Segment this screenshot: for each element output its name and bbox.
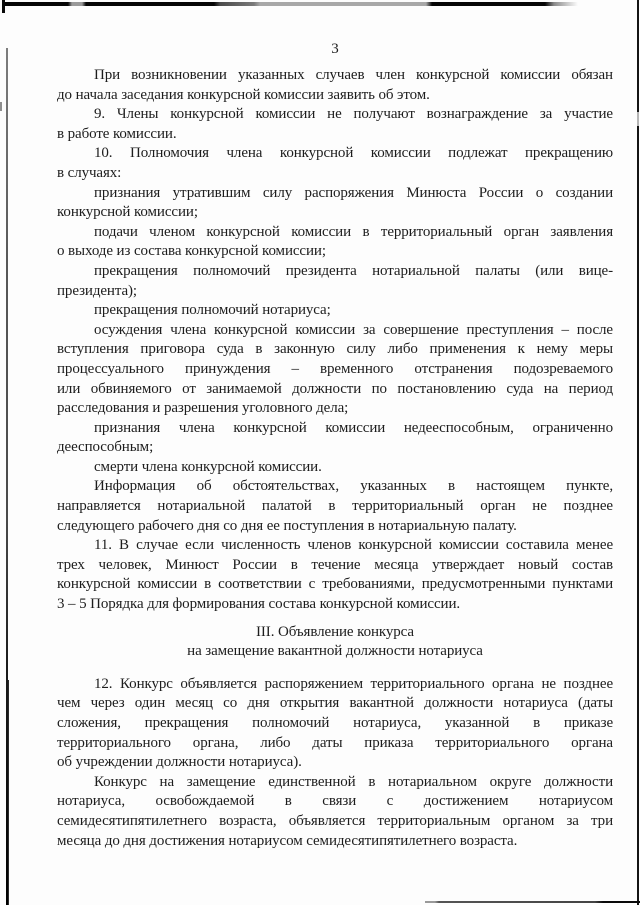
text-line: расследования и разрешения уголовного де… <box>57 399 613 419</box>
text-line: семидесятипятилетнего возраста, объявляе… <box>57 812 613 832</box>
text-line: месяца до дня достижения нотариусом семи… <box>57 832 613 852</box>
document-page: 3 При возникновении указанных случаев чл… <box>0 0 640 905</box>
text-line: Информация об обстоятельствах, указанных… <box>57 477 613 497</box>
text-line: чем через один месяц со дня открытия вак… <box>57 694 613 714</box>
text-line: признания утратившим силу распоряжения М… <box>57 184 613 204</box>
scan-border-top <box>2 2 578 6</box>
text-line: 10. Полномочия члена конкурсной комиссии… <box>57 144 613 164</box>
text-line: вступления приговора суда в законную сил… <box>57 340 613 360</box>
paragraph: При возникновении указанных случаев член… <box>57 66 613 105</box>
paragraph: 12. Конкурс объявляется распоряжением те… <box>57 675 613 773</box>
text-line: направляется нотариальной палатой в терр… <box>57 497 613 517</box>
text-line: конкурсной комиссии; <box>57 203 613 223</box>
text-line: При возникновении указанных случаев член… <box>57 66 613 86</box>
scan-border-left-dash <box>0 102 2 111</box>
text-line: президента); <box>57 282 613 302</box>
text-line: дееспособным; <box>57 438 613 458</box>
text-line: осуждения члена конкурсной комиссии за с… <box>57 321 613 341</box>
text-line: или обвиняемого от занимаемой должности … <box>57 380 613 400</box>
text-line: 3 – 5 Порядка для формирования состава к… <box>57 595 613 615</box>
text-line: о выходе из состава конкурсной комиссии; <box>57 242 613 262</box>
text-line: подачи членом конкурсной комиссии в терр… <box>57 223 613 243</box>
text-line: нотариуса, освобождаемой в связи с дости… <box>57 792 613 812</box>
paragraph: признания утратившим силу распоряжения М… <box>57 184 613 223</box>
text-line: прекращения полномочий президента нотари… <box>57 262 613 282</box>
text-line: в случаях: <box>57 164 613 184</box>
paragraph: смерти члена конкурсной комиссии. <box>57 458 613 478</box>
paragraph: Информация об обстоятельствах, указанных… <box>57 477 613 536</box>
text-line: сложения, прекращения полномочий нотариу… <box>57 714 613 734</box>
text-line: трех человек, Минюст России в течение ме… <box>57 556 613 576</box>
text-line: III. Объявление конкурса <box>57 623 613 643</box>
scan-border-right-gap <box>637 112 639 126</box>
paragraph: Конкурс на замещение единственной в нота… <box>57 773 613 851</box>
text-line: территориального органа, либо даты прика… <box>57 734 613 754</box>
document-body: При возникновении указанных случаев член… <box>57 66 613 851</box>
text-line: смерти члена конкурсной комиссии. <box>57 458 613 478</box>
text-line: в работе комиссии. <box>57 125 613 145</box>
paragraph: прекращения полномочий президента нотари… <box>57 262 613 301</box>
text-line: 12. Конкурс объявляется распоряжением те… <box>57 675 613 695</box>
text-line: до начала заседания конкурсной комиссии … <box>57 86 613 106</box>
text-line: на замещение вакантной должности нотариу… <box>57 642 613 662</box>
text-line: прекращения полномочий нотариуса; <box>57 301 613 321</box>
text-line: 11. В случае если численность членов кон… <box>57 536 613 556</box>
text-line: процессуального принуждения – временного… <box>57 360 613 380</box>
paragraph: 10. Полномочия члена конкурсной комиссии… <box>57 144 613 183</box>
scan-border-left-step <box>8 680 9 905</box>
page-number: 3 <box>57 40 613 60</box>
scan-border-bottom <box>425 901 640 903</box>
page-content: 3 При возникновении указанных случаев чл… <box>57 40 613 851</box>
paragraph: 11. В случае если численность членов кон… <box>57 536 613 614</box>
paragraph: прекращения полномочий нотариуса; <box>57 301 613 321</box>
text-line: 9. Члены конкурсной комиссии не получают… <box>57 105 613 125</box>
text-line: следующего рабочего дня со дня ее поступ… <box>57 517 613 537</box>
text-line: конкурсной комиссии в соответствии с тре… <box>57 575 613 595</box>
text-line: об учреждении должности нотариуса). <box>57 753 613 773</box>
section-heading: III. Объявление конкурсана замещение вак… <box>57 623 613 662</box>
scan-border-top-left-tick <box>2 0 5 13</box>
scan-border-right <box>637 0 639 905</box>
text-line: Конкурс на замещение единственной в нота… <box>57 773 613 793</box>
text-line: признания члена конкурсной комиссии неде… <box>57 419 613 439</box>
paragraph: 9. Члены конкурсной комиссии не получают… <box>57 105 613 144</box>
paragraph: признания члена конкурсной комиссии неде… <box>57 419 613 458</box>
paragraph: подачи членом конкурсной комиссии в терр… <box>57 223 613 262</box>
paragraph: осуждения члена конкурсной комиссии за с… <box>57 321 613 419</box>
